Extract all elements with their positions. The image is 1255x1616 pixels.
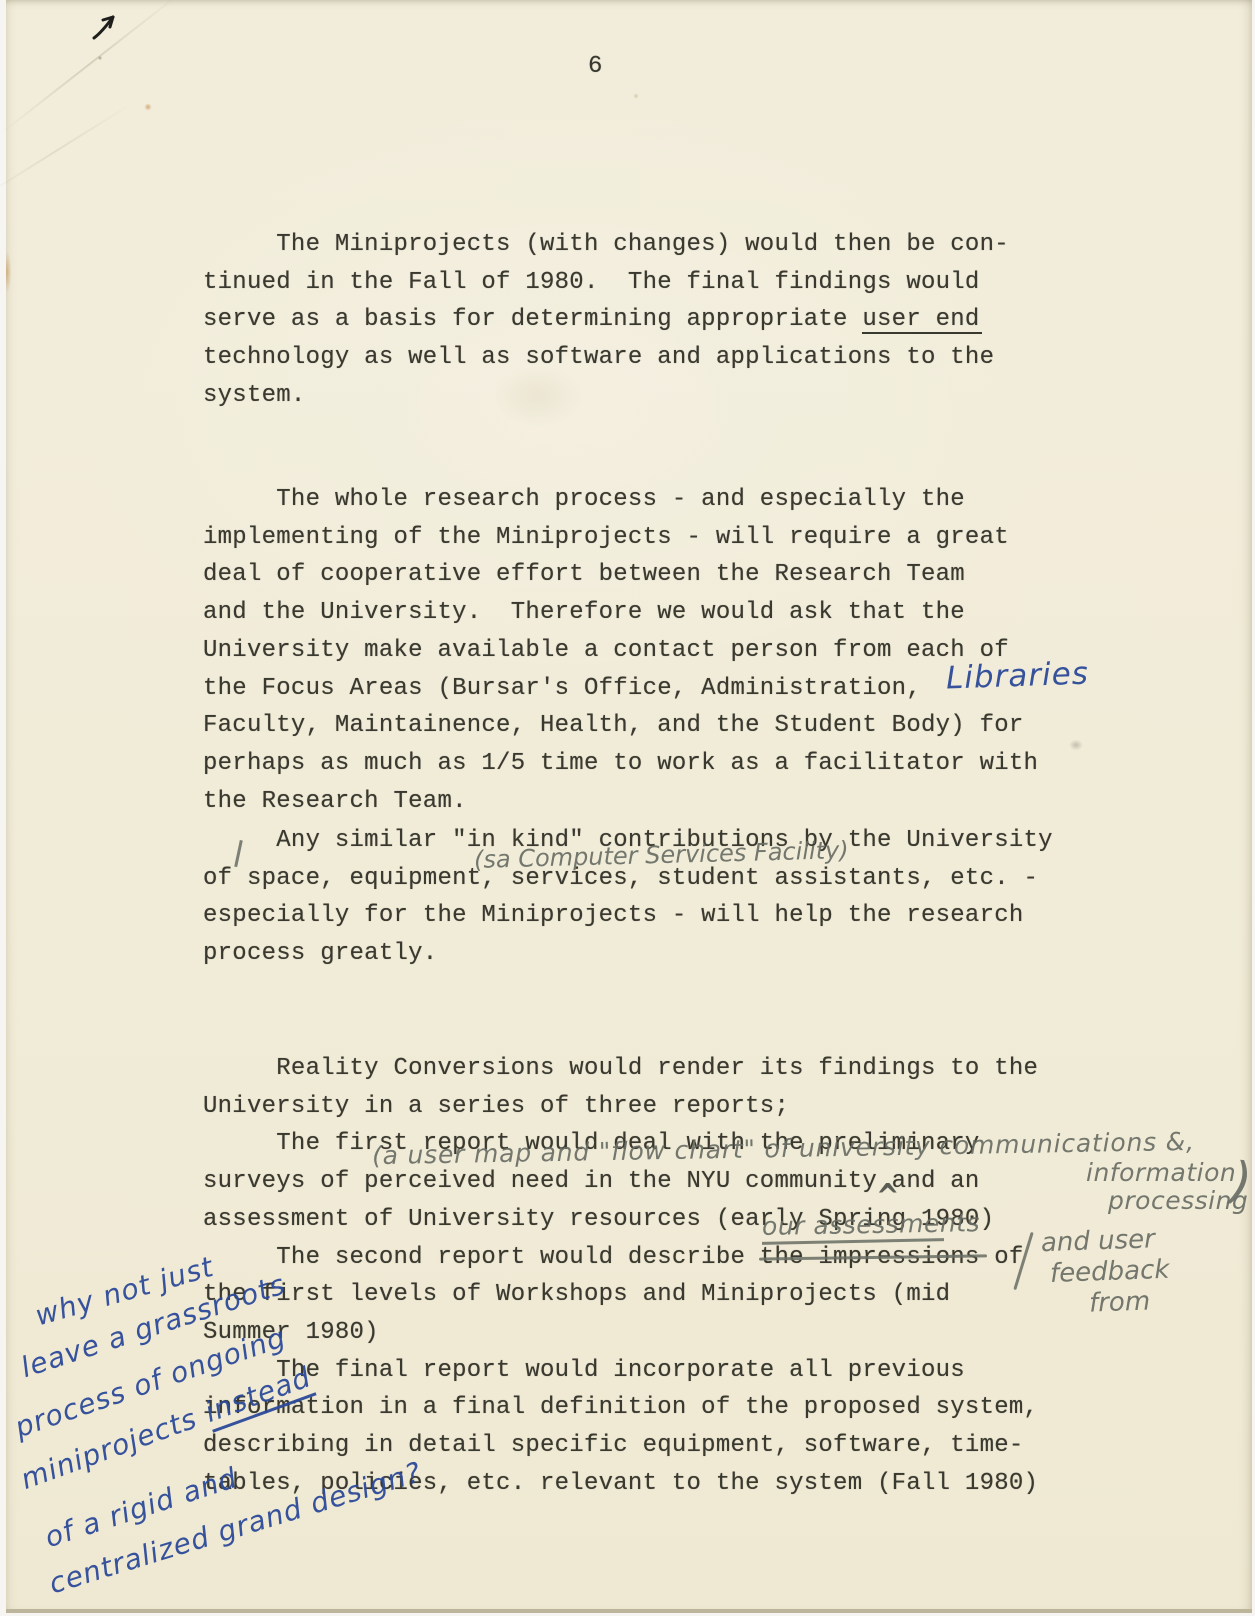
document-page: 6 The Miniprojects (with changes) would … [6, 0, 1252, 1613]
our-assessments-annotation: our assessments [762, 1208, 981, 1241]
paper-crease [0, 102, 133, 199]
libraries-annotation: Libraries [945, 656, 1089, 697]
typed-paragraph-2: The whole research process - and especia… [203, 481, 1038, 820]
typed-paragraph-1: The Miniprojects (with changes) would th… [203, 226, 1009, 415]
feedback-line-2: feedback [1049, 1255, 1169, 1290]
ink-scribble-mark [88, 8, 128, 42]
feedback-line-3: from [1089, 1286, 1171, 1320]
page-number: 6 [588, 48, 603, 86]
feedback-annotation: and user feedback from [1040, 1224, 1171, 1321]
typed-paragraph-4: Reality Conversions would render its fin… [203, 1050, 1038, 1502]
feedback-line-1: and user [1040, 1224, 1168, 1259]
processing-annotation: processing [1108, 1186, 1248, 1215]
information-annotation: information [1086, 1158, 1236, 1187]
user-end-underline [862, 332, 982, 334]
